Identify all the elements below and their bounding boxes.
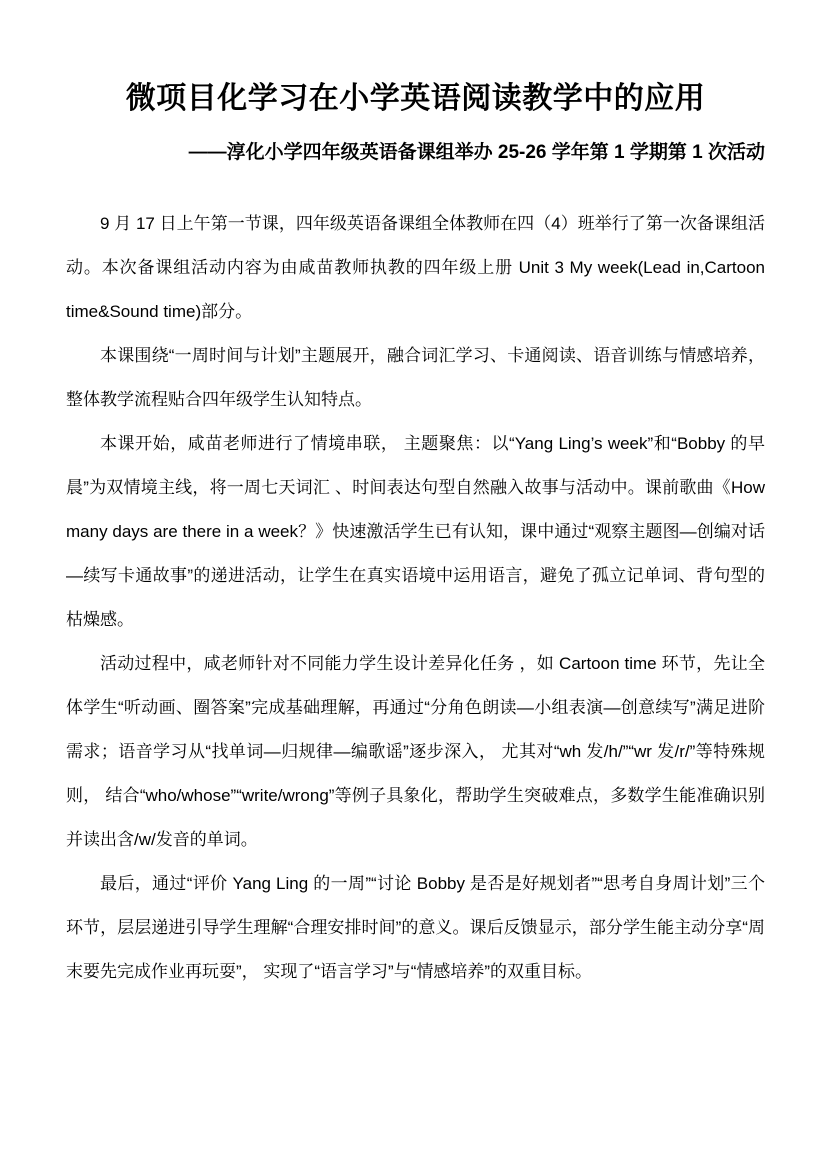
document-title: 微项目化学习在小学英语阅读教学中的应用 xyxy=(66,82,765,116)
paragraph-lesson-theme: 本课围绕“一周时间与计划”主题展开，融合词汇学习、卡通阅读、语音训练与情感培养，… xyxy=(66,334,765,422)
document-page: 微项目化学习在小学英语阅读教学中的应用 ——淳化小学四年级英语备课组举办 25-… xyxy=(0,0,827,1170)
document-body: 9 月 17 日上午第一节课，四年级英语备课组全体教师在四（4）班举行了第一次备… xyxy=(66,202,765,994)
document-subtitle: ——淳化小学四年级英语备课组举办 25-26 学年第 1 学期第 1 次活动 xyxy=(66,142,765,164)
paragraph-differentiated-tasks: 活动过程中，咸老师针对不同能力学生设计差异化任务 ，如 Cartoon time… xyxy=(66,642,765,862)
paragraph-lesson-opening: 本课开始，咸苗老师进行了情境串联， 主题聚焦：以“Yang Ling’s wee… xyxy=(66,422,765,642)
paragraph-conclusion: 最后，通过“评价 Yang Ling 的一周”“讨论 Bobby 是否是好规划者… xyxy=(66,862,765,994)
paragraph-activity-intro: 9 月 17 日上午第一节课，四年级英语备课组全体教师在四（4）班举行了第一次备… xyxy=(66,202,765,334)
